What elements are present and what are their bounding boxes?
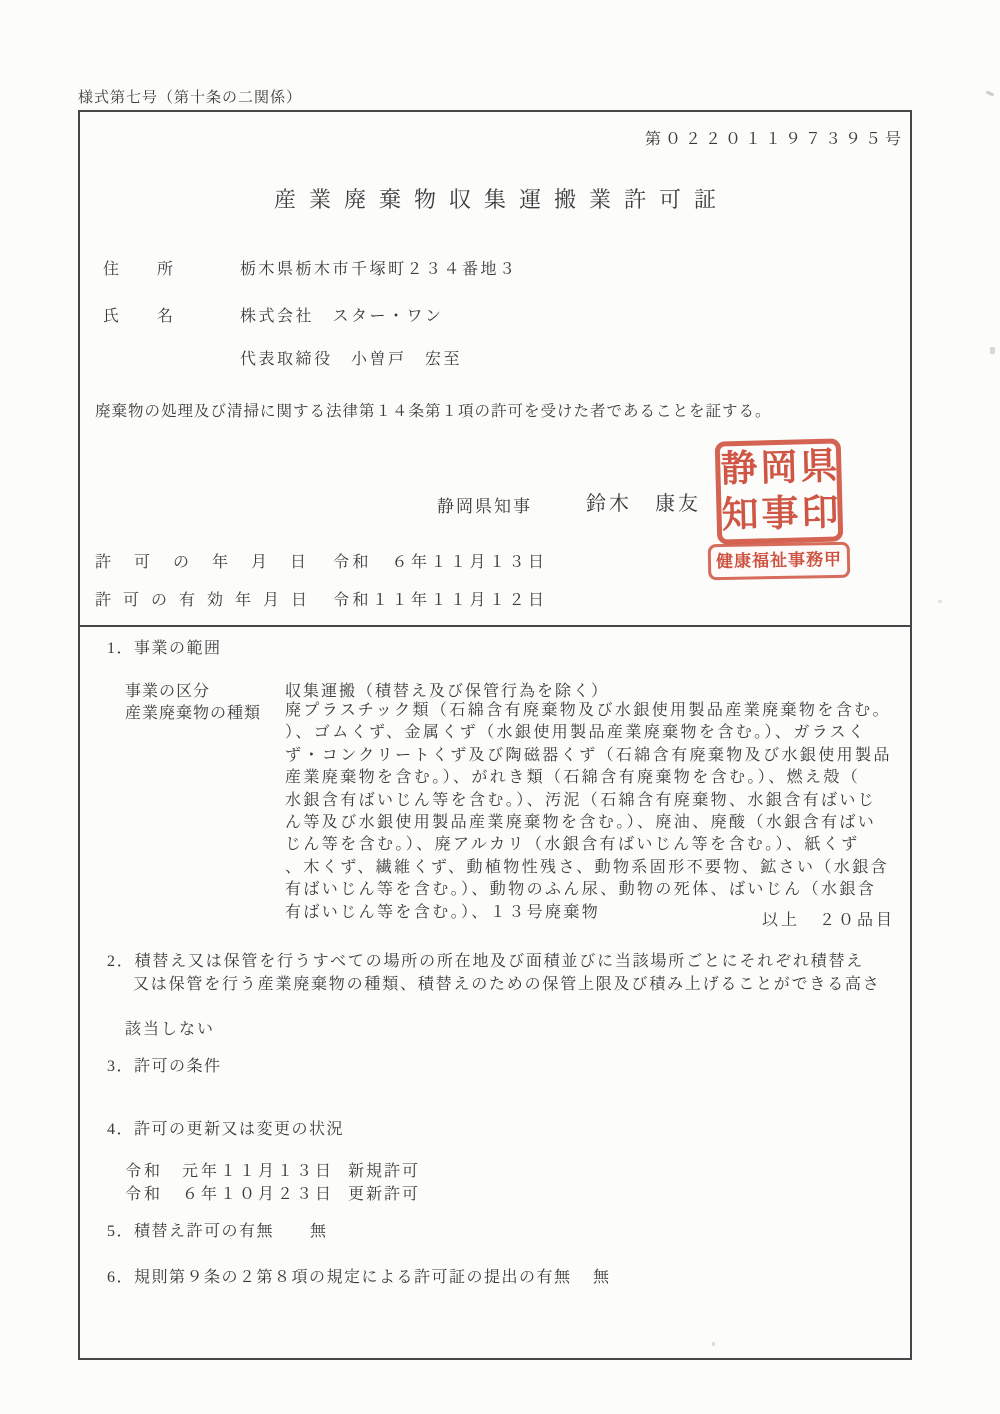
- permit-number: 第０２２０１１９７３９５号: [560, 126, 905, 149]
- name-label: 氏 名: [103, 303, 175, 326]
- history-row-action: 更新許可: [348, 1181, 420, 1204]
- section5-value: 無: [310, 1218, 326, 1241]
- section5-heading: 5．積替え許可の有無: [107, 1218, 274, 1241]
- section3-heading: 3．許可の条件: [107, 1053, 222, 1076]
- expiry-date-value: 令和１１年１１月１２日: [333, 587, 548, 610]
- address-label: 住 所: [103, 256, 175, 279]
- certification-statement: 廃棄物の処理及び清掃に関する法律第１４条第１項の許可を受けた者であることを証する…: [95, 399, 772, 421]
- scanned-permit-document: 様式第七号（第十条の二関係） 第０２２０１１９７３９５号 産業廃棄物収集運搬業許…: [0, 0, 1000, 1414]
- section6-heading: 6．規則第９条の２第８項の規定による許可証の提出の有無: [107, 1264, 572, 1287]
- seal-row-2: 知事印: [721, 490, 838, 539]
- scan-artifact: [990, 347, 995, 354]
- waste-item-count: 以上 ２０品目: [762, 907, 895, 930]
- business-category-label: 事業の区分: [125, 678, 210, 701]
- permit-date-label: 許可の年月日: [95, 549, 329, 572]
- history-row-date: 令和 ６年１０月２３日: [125, 1181, 334, 1204]
- scan-artifact: [712, 1342, 715, 1346]
- governor-seal-stamp: 静岡県 知事印: [715, 438, 844, 544]
- section1-heading: 1．事業の範囲: [107, 635, 222, 658]
- waste-types-label: 産業廃棄物の種類: [125, 700, 261, 723]
- address-value: 栃木県栃木市千塚町２３４番地３: [240, 256, 518, 279]
- waste-types-text: 廃プラスチック類（石綿含有廃棄物及び水銀使用製品産業廃棄物を含む。）、ゴムくず、…: [285, 700, 885, 924]
- document-title: 産業廃棄物収集運搬業許可証: [78, 183, 912, 214]
- scan-artifact: [986, 90, 995, 96]
- history-row-action: 新規許可: [348, 1158, 420, 1181]
- representative-name: 代表取締役 小曽戸 宏至: [240, 346, 462, 369]
- expiry-date-label: 許可の有効年月日: [95, 587, 319, 610]
- business-category-value: 収集運搬（積替え及び保管行為を除く）: [285, 678, 609, 701]
- section-divider-line: [80, 625, 910, 627]
- section2-heading-line2: 又は保管を行う産業廃棄物の種類、積替えのための保管上限及び積み上げることができる…: [133, 971, 881, 994]
- company-name-value: 株式会社 スター・ワン: [240, 303, 444, 326]
- form-style-label: 様式第七号（第十条の二関係）: [78, 86, 302, 107]
- section2-heading-line1: 2．積替え又は保管を行うすべての場所の所在地及び面積並びに当該場所ごとにそれぞれ…: [107, 948, 864, 971]
- section4-heading: 4．許可の更新又は変更の状況: [107, 1116, 344, 1139]
- history-row-date: 令和 元年１１月１３日: [125, 1158, 334, 1181]
- seal-row-1: 静岡県: [720, 444, 837, 493]
- office-sub-stamp: 健康福祉事務甲: [708, 542, 851, 580]
- permit-date-value: 令和 ６年１１月１３日: [333, 549, 548, 572]
- section2-value: 該当しない: [125, 1016, 215, 1039]
- issuer-title: 静岡県知事: [437, 492, 532, 517]
- issuer-name: 鈴木 康友: [586, 487, 701, 516]
- section6-value: 無: [593, 1264, 609, 1287]
- scan-artifact: [938, 600, 942, 603]
